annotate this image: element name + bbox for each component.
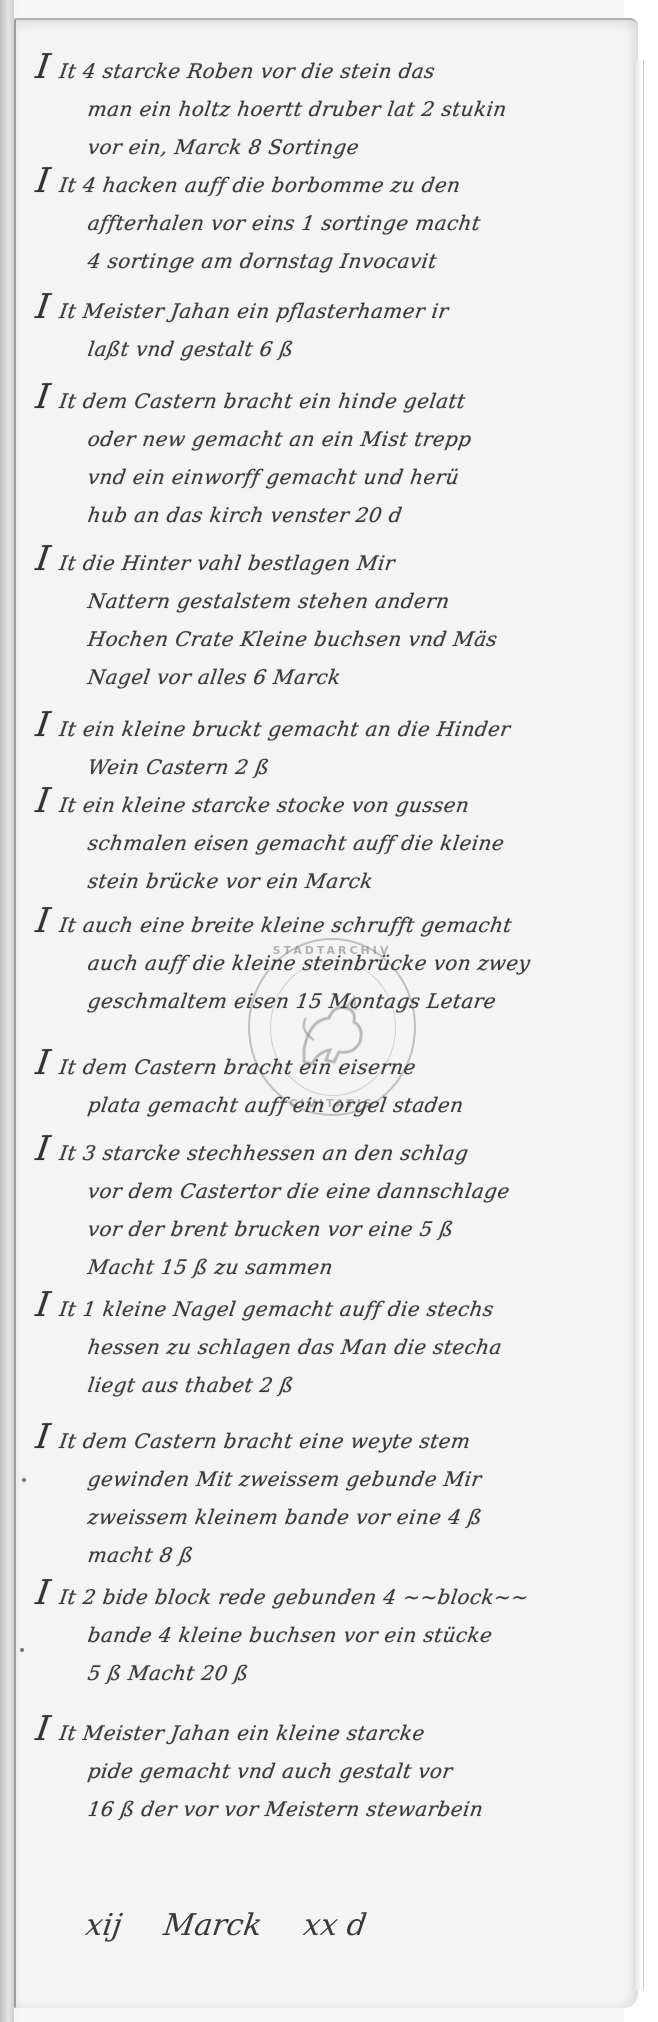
item-initial: I	[33, 781, 52, 821]
item-initial: I	[33, 1129, 52, 1169]
entry-line: vor der brent brucken vor eine 5 ß	[33, 1210, 628, 1248]
entry-line: affterhalen vor eins 1 sortinge macht	[33, 204, 628, 242]
entry-line: IIt dem Castern bracht ein hinde gelatt	[33, 378, 629, 420]
entry-line: vor dem Castertor die eine dannschlage	[33, 1172, 628, 1210]
entry-line: IIt dem Castern bracht ein eiserne	[33, 1044, 629, 1086]
entry-line: oder new gemacht an ein Mist trepp	[33, 420, 628, 458]
entry-line: hub an das kirch venster 20 d	[33, 496, 628, 534]
entry-line: Wein Castern 2 ß	[33, 748, 628, 786]
entry-line: IIt ein kleine starcke stocke von gussen	[33, 782, 629, 824]
total-marks-label: Marck	[161, 1908, 264, 1943]
margin-ink-dot	[22, 1478, 26, 1482]
entry-line: bande 4 kleine buchsen vor ein stücke	[33, 1616, 628, 1654]
entry-line: vor ein, Marck 8 Sortinge	[33, 128, 628, 166]
item-initial: I	[33, 539, 52, 579]
entry-line: 16 ß der vor vor Meistern stewarbein	[33, 1790, 628, 1828]
item-initial: I	[33, 1573, 52, 1613]
ledger-entry: IIt 3 starcke stechhessen an den schlag …	[36, 1130, 626, 1286]
manuscript-page: STADTARCHIV CIVITATIS IIt 4 starcke Robe…	[14, 18, 638, 2008]
entry-line: hessen zu schlagen das Man die stecha	[33, 1328, 628, 1366]
entry-line: IIt dem Castern bracht eine weyte stem	[33, 1418, 629, 1460]
item-initial: I	[33, 161, 52, 201]
entry-line: Nagel vor alles 6 Marck	[33, 658, 628, 696]
item-initial: I	[33, 901, 52, 941]
adjacent-page-edge	[0, 0, 14, 2022]
ledger-entry: IIt die Hinter vahl bestlagen Mir Natter…	[36, 540, 626, 696]
ledger-entries: IIt 4 starcke Roben vor die stein das ma…	[16, 20, 638, 2008]
item-initial: I	[33, 1417, 52, 1457]
ledger-entry: IIt Meister Jahan ein pflasterhamer ir l…	[36, 288, 626, 368]
ledger-entry: IIt 2 bide block rede gebunden 4 ~~block…	[36, 1574, 626, 1692]
entry-line: geschmaltem eisen 15 Montags Letare	[33, 982, 628, 1020]
ledger-entry: IIt dem Castern bracht ein eiserne plata…	[36, 1044, 626, 1124]
ledger-entry: IIt ein kleine starcke stocke von gussen…	[36, 782, 626, 900]
entry-line: gewinden Mit zweissem gebunde Mir	[33, 1460, 628, 1498]
entry-line: IIt ein kleine bruckt gemacht an die Hin…	[33, 706, 629, 748]
entry-line: IIt 4 starcke Roben vor die stein das	[33, 48, 629, 90]
total-marks-value: xij	[84, 1908, 125, 1943]
ledger-entry: IIt Meister Jahan ein kleine starcke pid…	[36, 1710, 626, 1828]
entry-line: macht 8 ß	[33, 1536, 628, 1574]
entry-line: liegt aus thabet 2 ß	[33, 1366, 628, 1404]
margin-ink-dot	[20, 1648, 24, 1652]
item-initial: I	[33, 47, 52, 87]
entry-line: IIt 2 bide block rede gebunden 4 ~~block…	[33, 1574, 629, 1616]
ledger-entry: IIt 4 starcke Roben vor die stein das ma…	[36, 48, 626, 166]
entry-line: auch auff die kleine steinbrücke von zwe…	[33, 944, 628, 982]
item-initial: I	[33, 287, 52, 327]
item-initial: I	[33, 377, 52, 417]
entry-line: zweissem kleinem bande vor eine 4 ß	[33, 1498, 628, 1536]
item-initial: I	[33, 705, 52, 745]
ledger-entry: IIt dem Castern bracht eine weyte stem g…	[36, 1418, 626, 1574]
ledger-entry: IIt ein kleine bruckt gemacht an die Hin…	[36, 706, 626, 786]
entry-line: plata gemacht auff ein orgel staden	[33, 1086, 628, 1124]
entry-line: laßt vnd gestalt 6 ß	[33, 330, 628, 368]
entry-line: Hochen Crate Kleine buchsen vnd Mäs	[33, 620, 628, 658]
entry-line: IIt die Hinter vahl bestlagen Mir	[33, 540, 629, 582]
item-initial: I	[33, 1709, 52, 1749]
ledger-entry: IIt 1 kleine Nagel gemacht auff die stec…	[36, 1286, 626, 1404]
entry-line: IIt Meister Jahan ein kleine starcke	[33, 1710, 629, 1752]
ledger-entry: IIt auch eine breite kleine schrufft gem…	[36, 902, 626, 1020]
ledger-entry: IIt dem Castern bracht ein hinde gelatt …	[36, 378, 626, 534]
entry-line: stein brücke vor ein Marck	[33, 862, 628, 900]
entry-line: vnd ein einworff gemacht und herü	[33, 458, 628, 496]
entry-line: IIt 3 starcke stechhessen an den schlag	[33, 1130, 629, 1172]
entry-line: schmalen eisen gemacht auff die kleine	[33, 824, 628, 862]
page-total: xijMarckxx d	[84, 1908, 489, 1943]
entry-line: 4 sortinge am dornstag Invocavit	[33, 242, 628, 280]
entry-line: man ein holtz hoertt druber lat 2 stukin	[33, 90, 628, 128]
entry-line: Macht 15 ß zu sammen	[33, 1248, 628, 1286]
item-initial: I	[33, 1285, 52, 1325]
ledger-entry: IIt 4 hacken auff die borbomme zu den af…	[36, 162, 626, 280]
entry-line: IIt Meister Jahan ein pflasterhamer ir	[33, 288, 629, 330]
item-initial: I	[33, 1043, 52, 1083]
entry-line: IIt auch eine breite kleine schrufft gem…	[33, 902, 629, 944]
entry-line: IIt 4 hacken auff die borbomme zu den	[33, 162, 629, 204]
entry-line: 5 ß Macht 20 ß	[33, 1654, 628, 1692]
entry-line: IIt 1 kleine Nagel gemacht auff die stec…	[33, 1286, 629, 1328]
total-pennies: xx d	[301, 1908, 368, 1943]
entry-line: Nattern gestalstem stehen andern	[33, 582, 628, 620]
entry-line: pide gemacht vnd auch gestalt vor	[33, 1752, 628, 1790]
